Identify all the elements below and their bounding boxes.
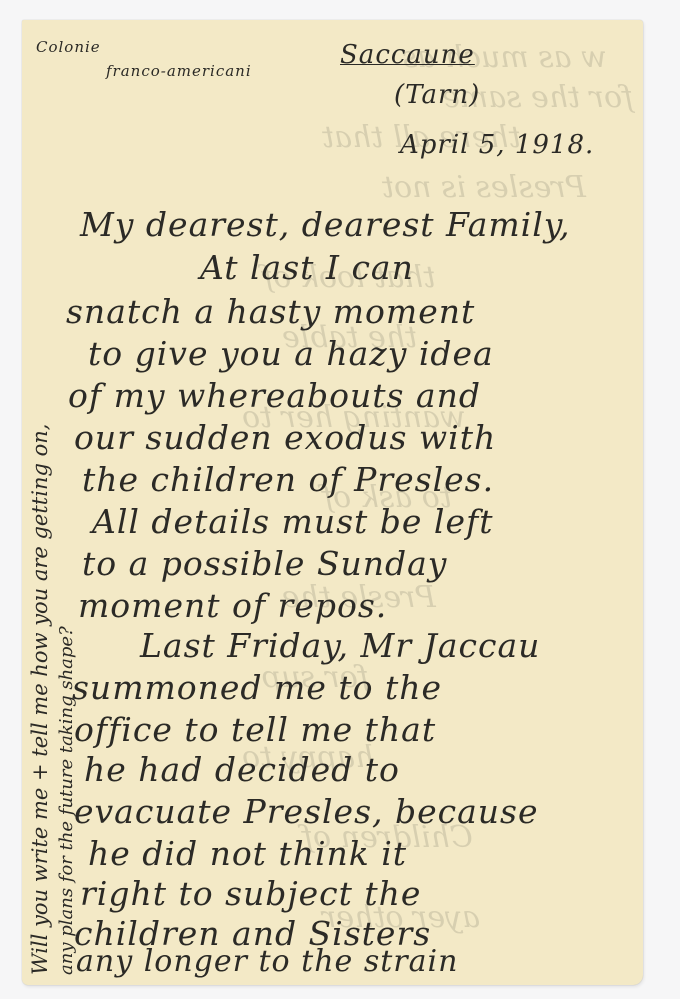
body-line: of my whereabouts and — [68, 376, 481, 415]
body-line: evacuate Presles, because — [74, 792, 539, 831]
letter-page: w as much as for the same there all that… — [22, 20, 643, 985]
body-line: he did not think it — [88, 834, 407, 873]
body-line: our sudden exodus with — [74, 418, 496, 457]
body-line: snatch a hasty moment — [66, 292, 475, 331]
margin-note-outer: Will you write me + tell me how you are … — [28, 424, 52, 975]
letter-date: April 5, 1918. — [400, 130, 594, 160]
body-line: moment of repos. — [78, 586, 387, 625]
body-line: right to subject the — [80, 874, 421, 913]
margin-note-inner: any plans for the future taking shape? — [56, 626, 77, 975]
body-line: to give you a hazy idea — [88, 334, 494, 373]
body-line: to a possible Sunday — [82, 544, 447, 583]
body-line: At last I can — [200, 248, 414, 287]
body-line: Last Friday, Mr Jaccau — [140, 626, 540, 665]
body-line: summoned me to the — [72, 668, 442, 707]
body-line: he had decided to — [84, 750, 400, 789]
letterhead-org-line1: Colonie — [36, 38, 101, 56]
body-line: All details must be left — [92, 502, 494, 541]
body-line: the children of Presles. — [82, 460, 494, 499]
letter-region: (Tarn) — [394, 80, 480, 110]
letter-salutation: My dearest, dearest Family, — [80, 205, 571, 244]
letter-place: Saccaune — [340, 40, 475, 70]
letterhead-org-line2: franco-americani — [106, 62, 252, 80]
body-line: office to tell me that — [74, 710, 436, 749]
